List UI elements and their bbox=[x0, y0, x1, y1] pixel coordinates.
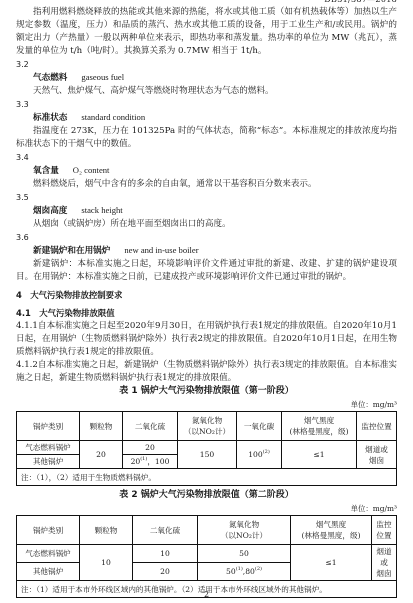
term-zh: 标准状态 bbox=[33, 113, 67, 123]
term-en: stack height bbox=[81, 205, 122, 215]
col-header: 监控位置 bbox=[357, 412, 397, 441]
intro-paragraph: 指利用燃料燃烧释放的热能或其他来源的热能，将水或其他工质（如有机热载体等）加热以… bbox=[16, 6, 397, 58]
cell-nox: 50 bbox=[198, 545, 291, 563]
cell-category: 其他锅炉 bbox=[17, 455, 80, 469]
table2-unit: 单位：mg/m³ bbox=[16, 502, 397, 515]
table-note-row: 注：（1），（2）适用于生物质燃料锅炉。 bbox=[17, 469, 397, 486]
term-zh: 烟囱高度 bbox=[33, 206, 67, 216]
cell-monitor: 烟道或烟囱 bbox=[372, 545, 397, 581]
table2-caption: 表 2 锅炉大气污染物排放限值（第二阶段） bbox=[16, 489, 397, 502]
def-text: 从烟囱（或锅炉房）所在地平面至烟囱出口的高度。 bbox=[16, 218, 397, 231]
cell-so2: 10 bbox=[133, 545, 198, 563]
cell-smoke: ≤1 bbox=[291, 545, 372, 581]
col-header: 颗粒物 bbox=[80, 516, 133, 545]
def-number: 3.2 bbox=[16, 58, 397, 71]
def-text: 燃料燃烧后，烟气中含有的多余的自由氧，通常以干基容积百分数来表示。 bbox=[16, 178, 397, 191]
col-header: 氮氧化物（以NO₂计） bbox=[198, 516, 291, 545]
def-number: 3.6 bbox=[16, 231, 397, 244]
term-en: standard condition bbox=[81, 112, 145, 122]
col-header: 二氧化硫 bbox=[123, 412, 178, 441]
table-header-row: 锅炉类别 颗粒物 二氧化硫 氮氧化物（以NO₂计） 一氧化碳 烟气黑度(林格曼黑… bbox=[17, 412, 397, 441]
page-number: 2 bbox=[0, 588, 413, 601]
def-number: 3.5 bbox=[16, 191, 397, 204]
term-en: O₂ content bbox=[73, 165, 110, 175]
col-header: 监控位置 bbox=[372, 516, 397, 545]
def-term: 氧含量O₂ content bbox=[16, 164, 397, 178]
table1: 锅炉类别 颗粒物 二氧化硫 氮氧化物（以NO₂计） 一氧化碳 烟气黑度(林格曼黑… bbox=[16, 411, 397, 486]
table1-note: 注：（1），（2）适用于生物质燃料锅炉。 bbox=[17, 469, 397, 486]
para-4-1-1: 4.1.1自本标准实施之日起至2020年9月30日，在用锅炉执行表1规定的排放限… bbox=[16, 320, 397, 359]
cell-nox: 50(1),80(2) bbox=[198, 563, 291, 581]
col-header: 二氧化硫 bbox=[133, 516, 198, 545]
cell-monitor: 烟道或烟囱 bbox=[357, 441, 397, 469]
col-header: 氮氧化物（以NO₂计） bbox=[178, 412, 237, 441]
def-term: 标准状态standard condition bbox=[16, 111, 397, 125]
cell-so2: 20(1)，100 bbox=[123, 455, 178, 469]
cell-co: 100(2) bbox=[237, 441, 282, 469]
term-en: new and in-use boiler bbox=[124, 245, 198, 255]
table-header-row: 锅炉类别 颗粒物 二氧化硫 氮氧化物（以NO₂计） 烟气黑度(林格曼黑度，级) … bbox=[17, 516, 397, 545]
def-number: 3.3 bbox=[16, 98, 397, 111]
table2: 锅炉类别 颗粒物 二氧化硫 氮氧化物（以NO₂计） 烟气黑度(林格曼黑度，级) … bbox=[16, 515, 397, 598]
def-text: 新建锅炉：本标准实施之日起，环境影响评价文件通过审批的新建、改建、扩建的锅炉建设… bbox=[16, 258, 397, 284]
table1-unit: 单位：mg/m³ bbox=[16, 398, 397, 411]
def-number: 3.4 bbox=[16, 151, 397, 164]
col-header: 一氧化碳 bbox=[237, 412, 282, 441]
cell-pm: 10 bbox=[80, 545, 133, 581]
def-term: 新建锅炉和在用锅炉new and in-use boiler bbox=[16, 244, 397, 258]
document-page: 指利用燃料燃烧释放的热能或其他来源的热能，将水或其他工质（如有机热载体等）加热以… bbox=[16, 0, 397, 598]
cell-smoke: ≤1 bbox=[282, 441, 357, 469]
def-text: 指温度在 273K，压力在 101325Pa 时的气体状态，简称“标态”。本标准… bbox=[16, 125, 397, 151]
col-header: 锅炉类别 bbox=[17, 516, 80, 545]
section-4-1-title: 4.1 大气污染物排放限值 bbox=[16, 307, 397, 320]
table1-caption: 表 1 锅炉大气污染物排放限值（第一阶段） bbox=[16, 385, 397, 398]
table-row: 气态燃料锅炉 20 20 150 100(2) ≤1 烟道或烟囱 bbox=[17, 441, 397, 455]
cell-pm: 20 bbox=[80, 441, 123, 469]
col-header: 锅炉类别 bbox=[17, 412, 80, 441]
cell-category: 气态燃料锅炉 bbox=[17, 441, 80, 455]
col-header: 颗粒物 bbox=[80, 412, 123, 441]
term-zh: 氧含量 bbox=[33, 166, 59, 176]
col-header: 烟气黑度(林格曼黑度，级) bbox=[282, 412, 357, 441]
term-zh: 新建锅炉和在用锅炉 bbox=[33, 246, 110, 256]
table-row: 气态燃料锅炉 10 10 50 ≤1 烟道或烟囱 bbox=[17, 545, 397, 563]
col-header: 烟气黑度(林格曼黑度，级) bbox=[291, 516, 372, 545]
cell-so2: 20 bbox=[123, 441, 178, 455]
para-4-1-2: 4.1.2自本标准实施之日起，新建锅炉（生物质燃料锅炉除外）执行表3规定的排放限… bbox=[16, 359, 397, 385]
def-term: 烟囱高度stack height bbox=[16, 204, 397, 218]
def-term: 气态燃料gaseous fuel bbox=[16, 71, 397, 85]
section-4-title: 4 大气污染物排放控制要求 bbox=[16, 289, 397, 302]
cell-category: 其他锅炉 bbox=[17, 563, 80, 581]
term-en: gaseous fuel bbox=[81, 72, 124, 82]
term-zh: 气态燃料 bbox=[33, 73, 67, 83]
def-text: 天然气、焦炉煤气、高炉煤气等燃烧时物理状态为气态的燃料。 bbox=[16, 85, 397, 98]
cell-nox: 150 bbox=[178, 441, 237, 469]
cell-so2: 20 bbox=[133, 563, 198, 581]
cell-category: 气态燃料锅炉 bbox=[17, 545, 80, 563]
